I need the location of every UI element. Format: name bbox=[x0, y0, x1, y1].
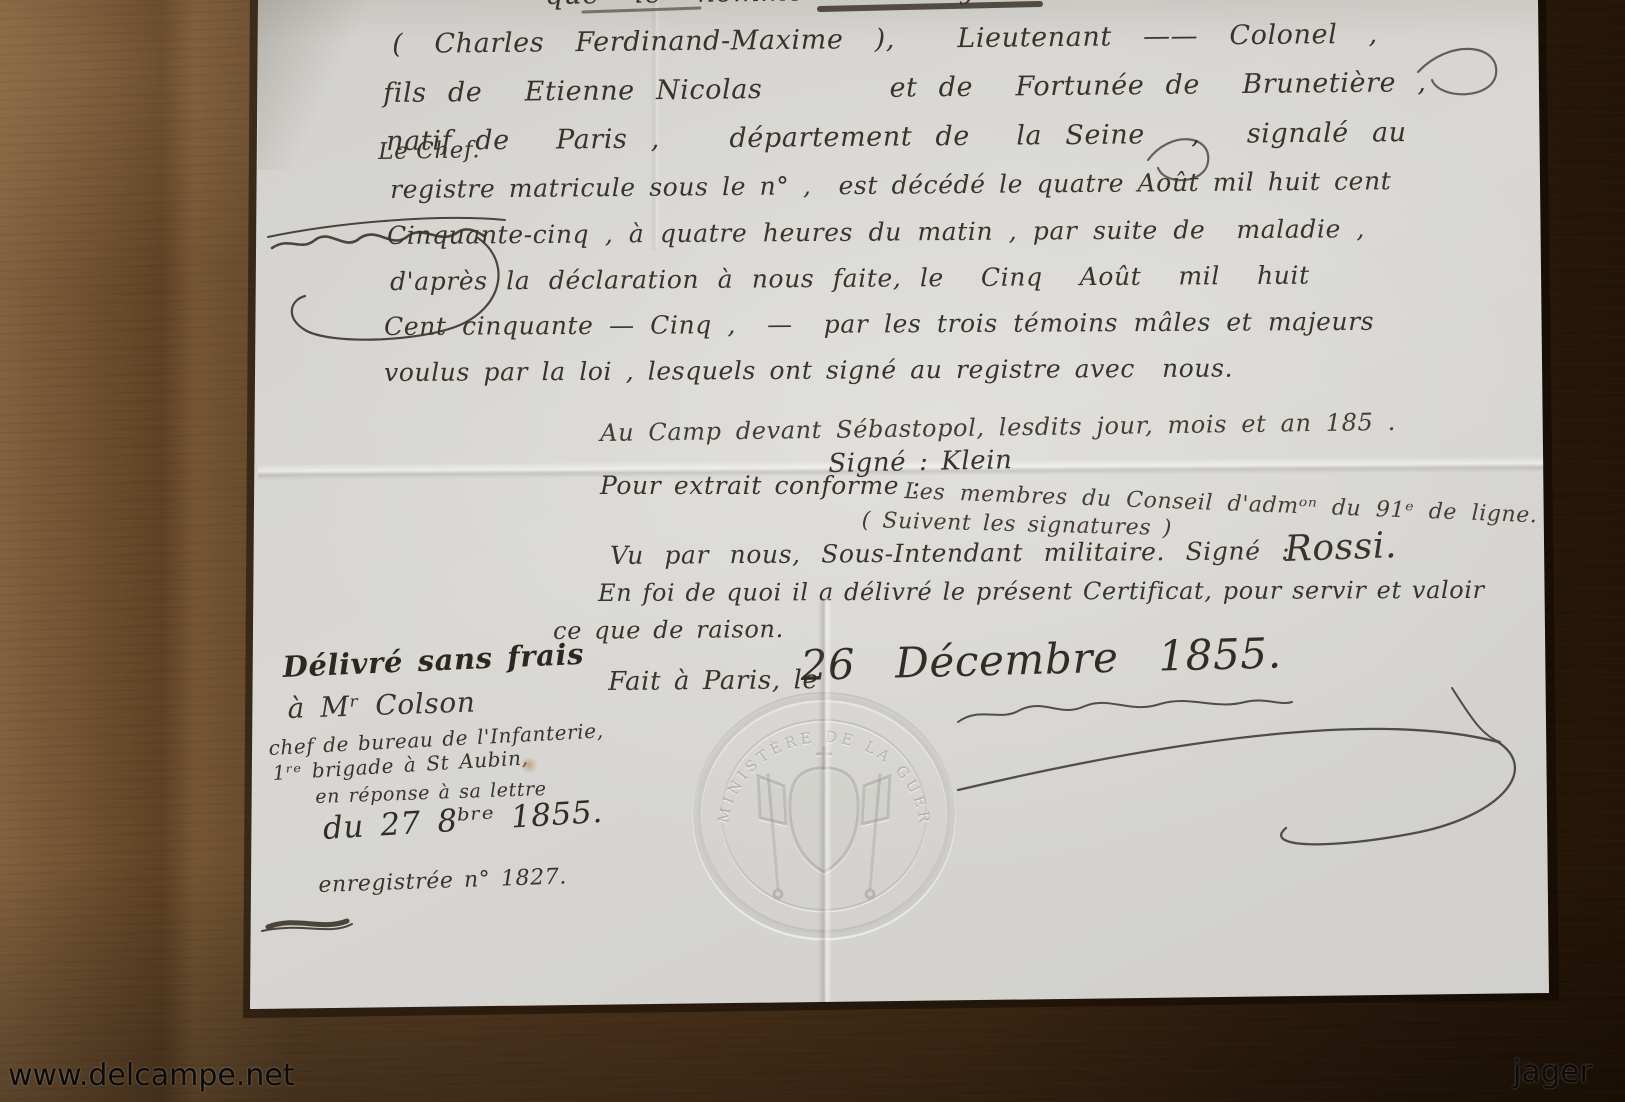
delivery-note-line: Délivré sans frais bbox=[282, 639, 585, 684]
document-line-vu-name: Rossi. bbox=[1284, 526, 1398, 569]
corner-crease bbox=[258, 0, 388, 170]
chef-label: Le Chef. bbox=[378, 138, 480, 165]
ink-stain bbox=[520, 757, 538, 773]
watermark-jager: jager bbox=[1513, 1054, 1592, 1090]
document-line-voulus: voulus par la loi , lesquels ont signé a… bbox=[384, 355, 1233, 387]
seal-text-shadow: MINISTÈRE DE LA GUERRE bbox=[688, 690, 934, 829]
document-line-deces: Cinquante-cinq , à quatre heures du mati… bbox=[387, 215, 1365, 249]
watermark-delcampe: www.delcampe.net bbox=[8, 1058, 295, 1093]
document-line-foi: En foi de quoi il a délivré le présent C… bbox=[598, 577, 1485, 606]
document-line-names: ( Charles Ferdinand-Maxime ), Lieutenant… bbox=[392, 20, 1378, 60]
document-line-registre: registre matricule sous le n° , est décé… bbox=[390, 167, 1391, 203]
photo-of-document: que le nommé Savary de St Aubin , ( Char… bbox=[0, 0, 1625, 1102]
document-line-camp: Au Camp devant Sébastopol, lesdits jour,… bbox=[600, 409, 1396, 446]
document-line-extrait-prefix: Pour extrait conforme : bbox=[600, 472, 921, 500]
document-line-fait-date: 26 Décembre 1855. bbox=[800, 630, 1282, 689]
delivery-note-line: à Mʳ Colson bbox=[287, 687, 476, 724]
delivery-note-line: enregistrée n° 1827. bbox=[318, 865, 567, 898]
document-line-birthplace: natif de Paris , département de la Seine… bbox=[386, 118, 1407, 157]
document-line-temoins: Cent cinquante — Cinq , — par les trois … bbox=[384, 308, 1374, 341]
flourish-curl bbox=[1418, 49, 1496, 94]
document-line-raison: ce que de raison. bbox=[553, 616, 784, 644]
seal-text: MINISTÈRE DE LA GUERRE bbox=[688, 690, 934, 828]
document-line-parents: fils de Etienne Nicolas et de Fortunée d… bbox=[383, 68, 1427, 109]
document-line-fait-prefix: Fait à Paris, le bbox=[608, 666, 819, 696]
bottom-right-signature bbox=[958, 688, 1515, 844]
bottom-left-flourish bbox=[262, 921, 352, 931]
document-line-top-partial: que le nommé Savary de St Aubin , bbox=[545, 0, 1282, 11]
document-line-declaration: d'après la déclaration à nous faite, le … bbox=[390, 262, 1310, 296]
svg-text:MINISTÈRE DE LA GUERRE: MINISTÈRE DE LA GUERRE bbox=[688, 690, 934, 829]
embossed-seal: MINISTÈRE DE LA GUERRE MINISTÈRE DE LA G… bbox=[688, 690, 960, 946]
document-line-vu-prefix: Vu par nous, Sous-Intendant militaire. S… bbox=[610, 537, 1290, 569]
seal-coat-of-arms bbox=[758, 746, 890, 898]
svg-text:MINISTÈRE DE LA GUERRE: MINISTÈRE DE LA GUERRE bbox=[688, 690, 934, 828]
